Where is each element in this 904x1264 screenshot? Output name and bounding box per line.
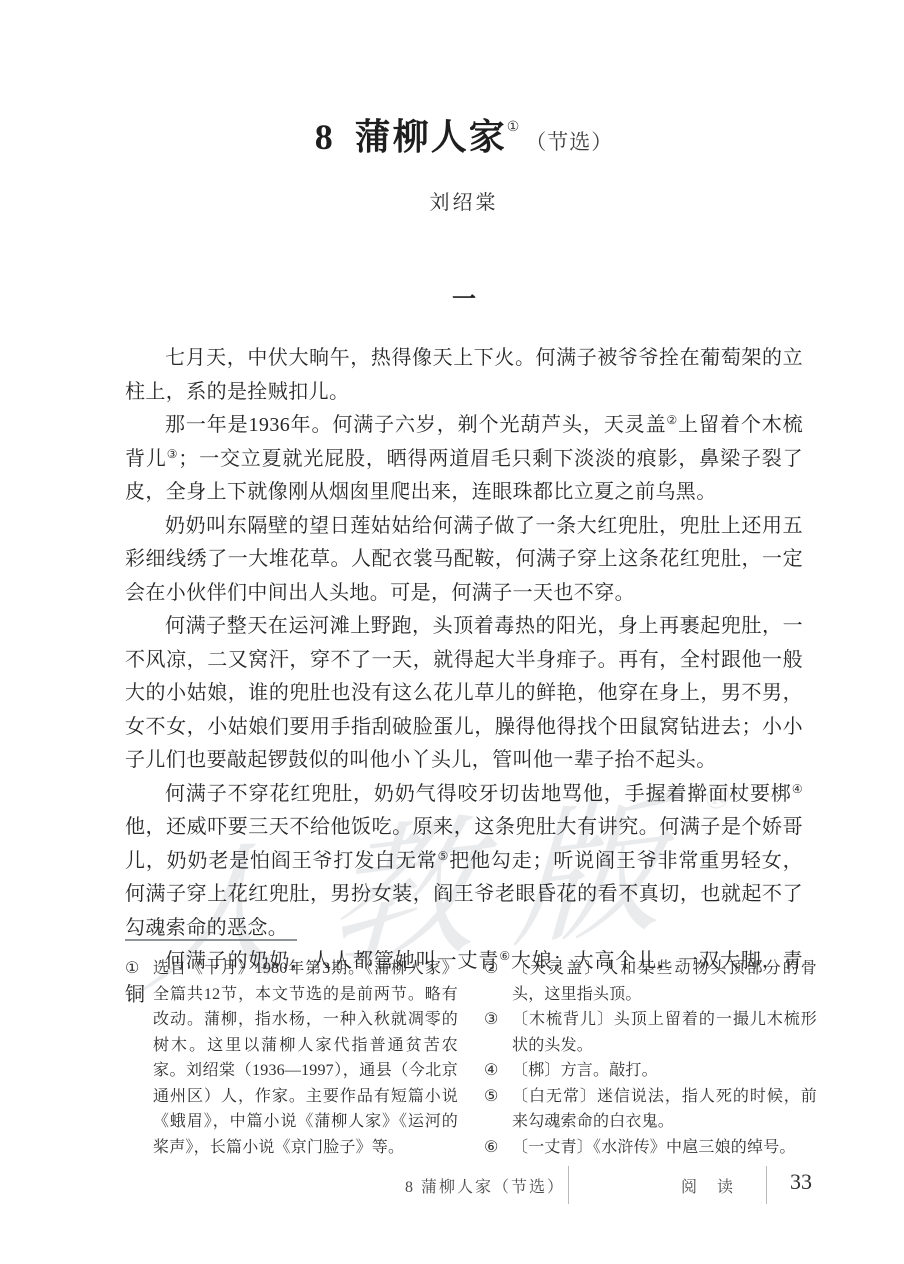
footnotes-right-column: ② 〔天灵盖〕人和某些动物头顶部分的骨头，这里指头顶。 ③ 〔木梳背儿〕头顶上留… xyxy=(484,956,817,1160)
textbook-page: 人教版® 8蒲柳人家①（节选） 刘绍棠 一 七月天，中伏大晌午，热得像天上下火。… xyxy=(0,0,904,1264)
footer-chapter-label: 8 蒲柳人家（节选） xyxy=(405,1174,565,1197)
body-text: 七月天，中伏大晌午，热得像天上下火。何满子被爷爷拴在葡萄架的立柱上，系的是拴贼扣… xyxy=(125,342,803,1012)
page-number: 33 xyxy=(790,1169,812,1195)
footnote: ② 〔天灵盖〕人和某些动物头顶部分的骨头，这里指头顶。 xyxy=(484,956,817,1007)
footnote-text: 选自《十月》1980年第3期。《蒲柳人家》全篇共12节，本文节选的是前两节。略有… xyxy=(153,956,458,1160)
body-paragraph: 七月天，中伏大晌午，热得像天上下火。何满子被爷爷拴在葡萄架的立柱上，系的是拴贼扣… xyxy=(125,342,803,409)
footnote: ③ 〔木梳背儿〕头顶上留着的一撮儿木梳形状的头发。 xyxy=(484,1007,817,1058)
footnote-text: 〔一丈青〕《水浒传》中扈三娘的绰号。 xyxy=(512,1135,817,1161)
footnote-number: ⑥ xyxy=(484,1135,512,1161)
footnote: ⑥ 〔一丈青〕《水浒传》中扈三娘的绰号。 xyxy=(484,1135,817,1161)
footer-section-label: 阅 读 xyxy=(681,1174,741,1197)
lesson-title-suffix: （节选） xyxy=(525,130,613,154)
footnote-text: 〔木梳背儿〕头顶上留着的一撮儿木梳形状的头发。 xyxy=(512,1007,817,1058)
footnote-ref: ④ xyxy=(792,782,803,796)
page-footer: 8 蒲柳人家（节选） 阅 读 33 xyxy=(0,1166,904,1206)
footnote-number: ① xyxy=(125,956,153,1160)
footnotes: ① 选自《十月》1980年第3期。《蒲柳人家》全篇共12节，本文节选的是前两节。… xyxy=(125,956,817,1160)
body-paragraph: 那一年是1936年。何满子六岁，剃个光葫芦头，天灵盖②上留着个木梳背儿③；一交立… xyxy=(125,409,803,510)
footnote-number: ② xyxy=(484,956,512,1007)
lesson-title: 8蒲柳人家①（节选） xyxy=(125,106,803,164)
footnote-ref: ③ xyxy=(167,447,179,461)
footnote: ⑤ 〔白无常〕迷信说法，指人死的时候，前来勾魂索命的白衣鬼。 xyxy=(484,1084,817,1135)
body-paragraph: 何满子不穿花红兜肚，奶奶气得咬牙切齿地骂他，手握着擀面杖要梆④他，还威吓要三天不… xyxy=(125,778,803,946)
footnote: ① 选自《十月》1980年第3期。《蒲柳人家》全篇共12节，本文节选的是前两节。… xyxy=(125,956,458,1160)
footer-divider xyxy=(766,1166,767,1204)
footnote-ref: ⑤ xyxy=(438,849,450,863)
body-paragraph: 何满子整天在运河滩上野跑，头顶着毒热的阳光，身上再裹起兜肚，一不风凉，二又窝汗，… xyxy=(125,610,803,778)
footnote: ④ 〔梆〕方言。敲打。 xyxy=(484,1058,817,1084)
lesson-number: 8 xyxy=(315,117,333,157)
title-footnote-ref: ① xyxy=(507,120,520,135)
footnote-ref: ② xyxy=(667,413,679,427)
footnote-number: ③ xyxy=(484,1007,512,1058)
footer-divider xyxy=(568,1166,569,1204)
footnote-number: ④ xyxy=(484,1058,512,1084)
page-content: 8蒲柳人家①（节选） 刘绍棠 一 七月天，中伏大晌午，热得像天上下火。何满子被爷… xyxy=(125,0,803,1012)
section-heading: 一 xyxy=(125,279,803,314)
author-name: 刘绍棠 xyxy=(125,186,803,215)
lesson-title-text: 蒲柳人家 xyxy=(355,117,507,157)
footnote-number: ⑤ xyxy=(484,1084,512,1135)
body-paragraph: 奶奶叫东隔壁的望日莲姑姑给何满子做了一条大红兜肚，兜肚上还用五彩细线绣了一大堆花… xyxy=(125,510,803,611)
footnote-text: 〔梆〕方言。敲打。 xyxy=(512,1058,817,1084)
footnote-separator xyxy=(125,939,297,941)
footnotes-left-column: ① 选自《十月》1980年第3期。《蒲柳人家》全篇共12节，本文节选的是前两节。… xyxy=(125,956,458,1160)
footnote-text: 〔白无常〕迷信说法，指人死的时候，前来勾魂索命的白衣鬼。 xyxy=(512,1084,817,1135)
footnote-text: 〔天灵盖〕人和某些动物头顶部分的骨头，这里指头顶。 xyxy=(512,956,817,1007)
